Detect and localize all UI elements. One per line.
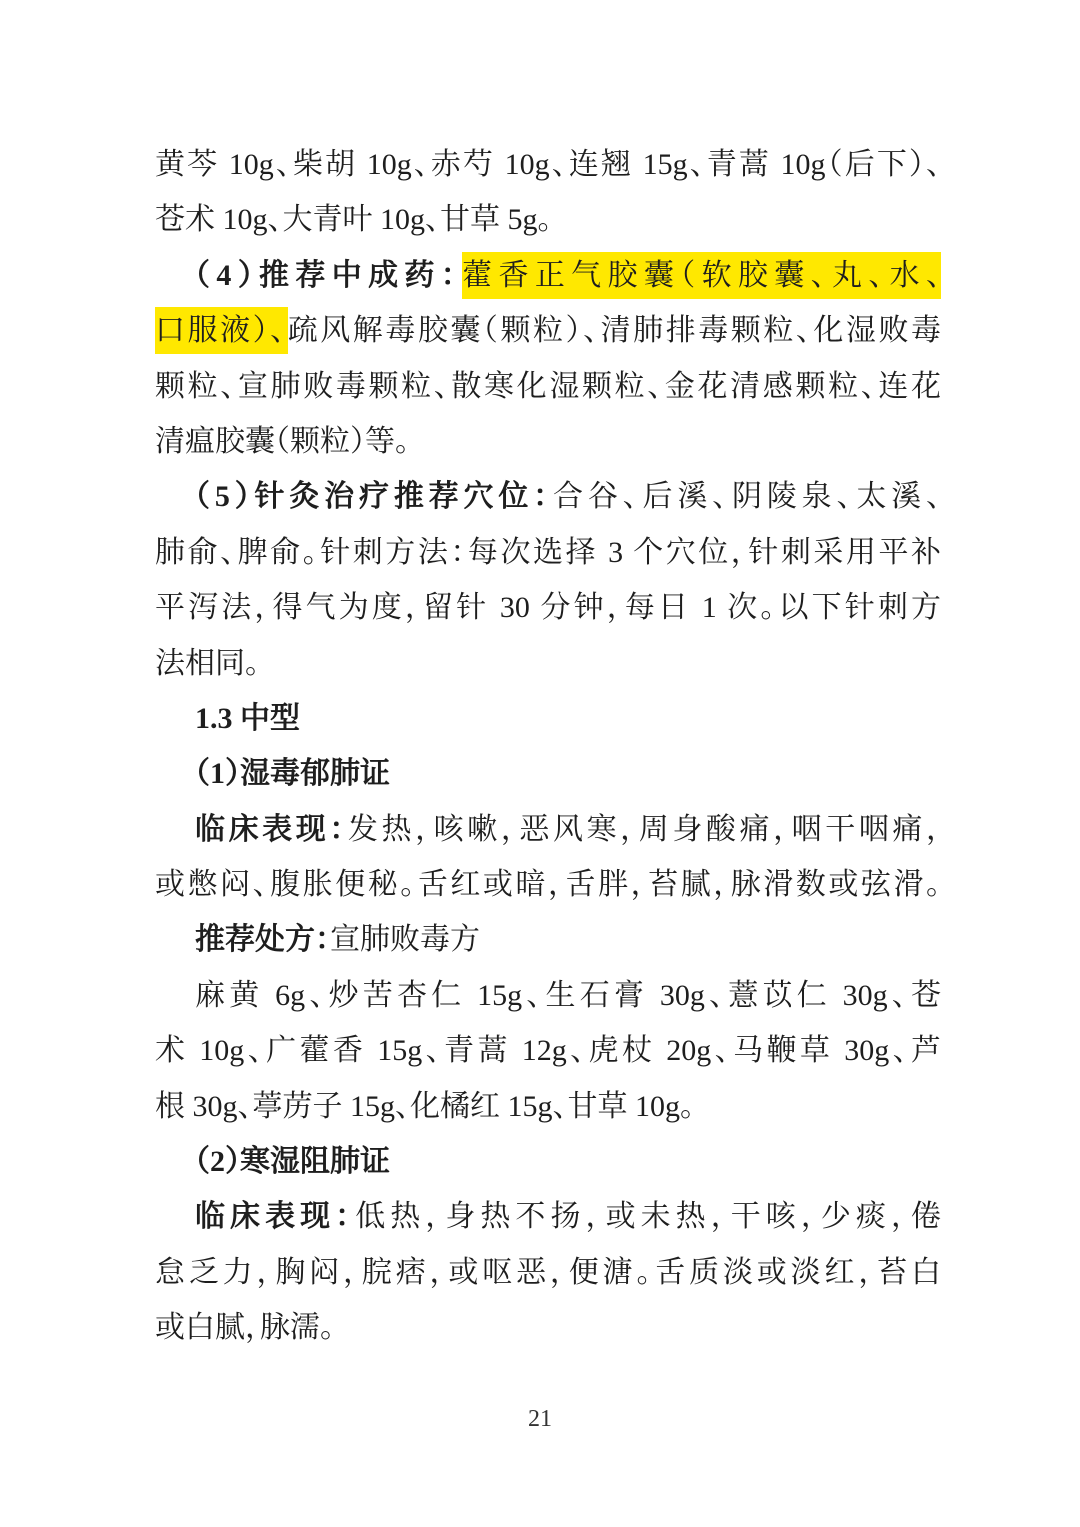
text-segment: 合谷、后溪、阴陵泉、太溪、: [553, 480, 941, 513]
text-segment: 或白腻，脉濡。: [155, 1311, 335, 1344]
page-number: 21: [528, 1406, 552, 1432]
text-line: 或白腻，脉濡。: [155, 1300, 941, 1355]
text-segment: 平泻法，得气为度，留针 30 分钟，每日 1 次。以下针刺方: [155, 591, 941, 624]
page-footer: 21: [0, 1406, 1080, 1433]
text-line: 颗粒、宣肺败毒颗粒、散寒化湿颗粒、金花清感颗粒、连花: [155, 359, 941, 414]
bold-text: （5）针灸治疗推荐穴位：: [195, 480, 553, 513]
text-line: 推荐处方：宣肺败毒方: [155, 912, 941, 967]
text-line: 苍术 10g、大青叶 10g、甘草 5g。: [155, 192, 941, 247]
text-line: （1）湿毒郁肺证: [155, 746, 941, 801]
page-content: 黄芩 10g、柴胡 10g、赤芍 10g、连翘 15g、青蒿 10g（后下）、苍…: [155, 137, 941, 1356]
text-segment: 颗粒、宣肺败毒颗粒、散寒化湿颗粒、金花清感颗粒、连花: [155, 370, 941, 403]
text-line: 1.3 中型: [155, 691, 941, 746]
text-segment: 疏风解毒胶囊（颗粒）、清肺排毒颗粒、化湿败毒: [288, 314, 941, 347]
bold-text: 临床表现：: [195, 813, 348, 846]
text-line: 术 10g、广藿香 15g、青蒿 12g、虎杖 20g、马鞭草 30g、芦: [155, 1023, 941, 1078]
text-line: 肺俞、脾俞。针刺方法：每次选择 3 个穴位，针刺采用平补: [155, 525, 941, 580]
text-line: （2）寒湿阻肺证: [155, 1134, 941, 1189]
text-segment: 法相同。: [155, 647, 260, 680]
text-line: 临床表现：发热，咳嗽，恶风寒，周身酸痛，咽干咽痛，: [155, 802, 941, 857]
text-segment: 低热，身热不扬，或未热，干咳，少痰，倦: [355, 1200, 941, 1233]
highlighted-text: 口服液）、: [155, 307, 288, 354]
text-segment: 怠乏力，胸闷，脘痞，或呕恶，便溏。舌质淡或淡红，苔白: [155, 1256, 941, 1289]
text-line: （4）推荐中成药：藿香正气胶囊（软胶囊、丸、水、: [155, 248, 941, 303]
text-line: 平泻法，得气为度，留针 30 分钟，每日 1 次。以下针刺方: [155, 580, 941, 635]
text-line: 临床表现：低热，身热不扬，或未热，干咳，少痰，倦: [155, 1189, 941, 1244]
bold-text: （1）湿毒郁肺证: [195, 757, 390, 790]
text-line: （5）针灸治疗推荐穴位：合谷、后溪、阴陵泉、太溪、: [155, 469, 941, 524]
text-segment: 宣肺败毒方: [330, 923, 480, 956]
bold-text: 推荐处方：: [195, 923, 330, 956]
text-line: 怠乏力，胸闷，脘痞，或呕恶，便溏。舌质淡或淡红，苔白: [155, 1245, 941, 1300]
text-segment: 黄芩 10g、柴胡 10g、赤芍 10g、连翘 15g、青蒿 10g（后下）、: [155, 148, 941, 181]
text-line: 黄芩 10g、柴胡 10g、赤芍 10g、连翘 15g、青蒿 10g（后下）、: [155, 137, 941, 192]
text-segment: 或憋闷、腹胀便秘。舌红或暗，舌胖，苔腻，脉滑数或弦滑。: [155, 868, 941, 901]
document-page: 黄芩 10g、柴胡 10g、赤芍 10g、连翘 15g、青蒿 10g（后下）、苍…: [0, 0, 1080, 1527]
text-segment: 术 10g、广藿香 15g、青蒿 12g、虎杖 20g、马鞭草 30g、芦: [155, 1034, 941, 1067]
text-line: 法相同。: [155, 636, 941, 691]
bold-text: 1.3 中型: [195, 702, 300, 735]
text-segment: 清瘟胶囊（颗粒）等。: [155, 425, 410, 458]
text-line: 麻黄 6g、炒苦杏仁 15g、生石膏 30g、薏苡仁 30g、苍: [155, 968, 941, 1023]
text-segment: 麻黄 6g、炒苦杏仁 15g、生石膏 30g、薏苡仁 30g、苍: [195, 979, 941, 1012]
bold-text: （2）寒湿阻肺证: [195, 1145, 390, 1178]
text-segment: 发热，咳嗽，恶风寒，周身酸痛，咽干咽痛，: [348, 813, 941, 846]
text-line: 根 30g、葶苈子 15g、化橘红 15g、甘草 10g。: [155, 1079, 941, 1134]
text-line: 清瘟胶囊（颗粒）等。: [155, 414, 941, 469]
text-segment: 根 30g、葶苈子 15g、化橘红 15g、甘草 10g。: [155, 1090, 695, 1123]
text-segment: 苍术 10g、大青叶 10g、甘草 5g。: [155, 203, 553, 236]
text-line: 口服液）、疏风解毒胶囊（颗粒）、清肺排毒颗粒、化湿败毒: [155, 303, 941, 358]
highlighted-text: 藿香正气胶囊（软胶囊、丸、水、: [462, 252, 941, 299]
text-segment: 肺俞、脾俞。针刺方法：每次选择 3 个穴位，针刺采用平补: [155, 536, 941, 569]
text-line: 或憋闷、腹胀便秘。舌红或暗，舌胖，苔腻，脉滑数或弦滑。: [155, 857, 941, 912]
bold-text: 临床表现：: [195, 1200, 355, 1233]
bold-text: （4）推荐中成药：: [195, 259, 462, 292]
